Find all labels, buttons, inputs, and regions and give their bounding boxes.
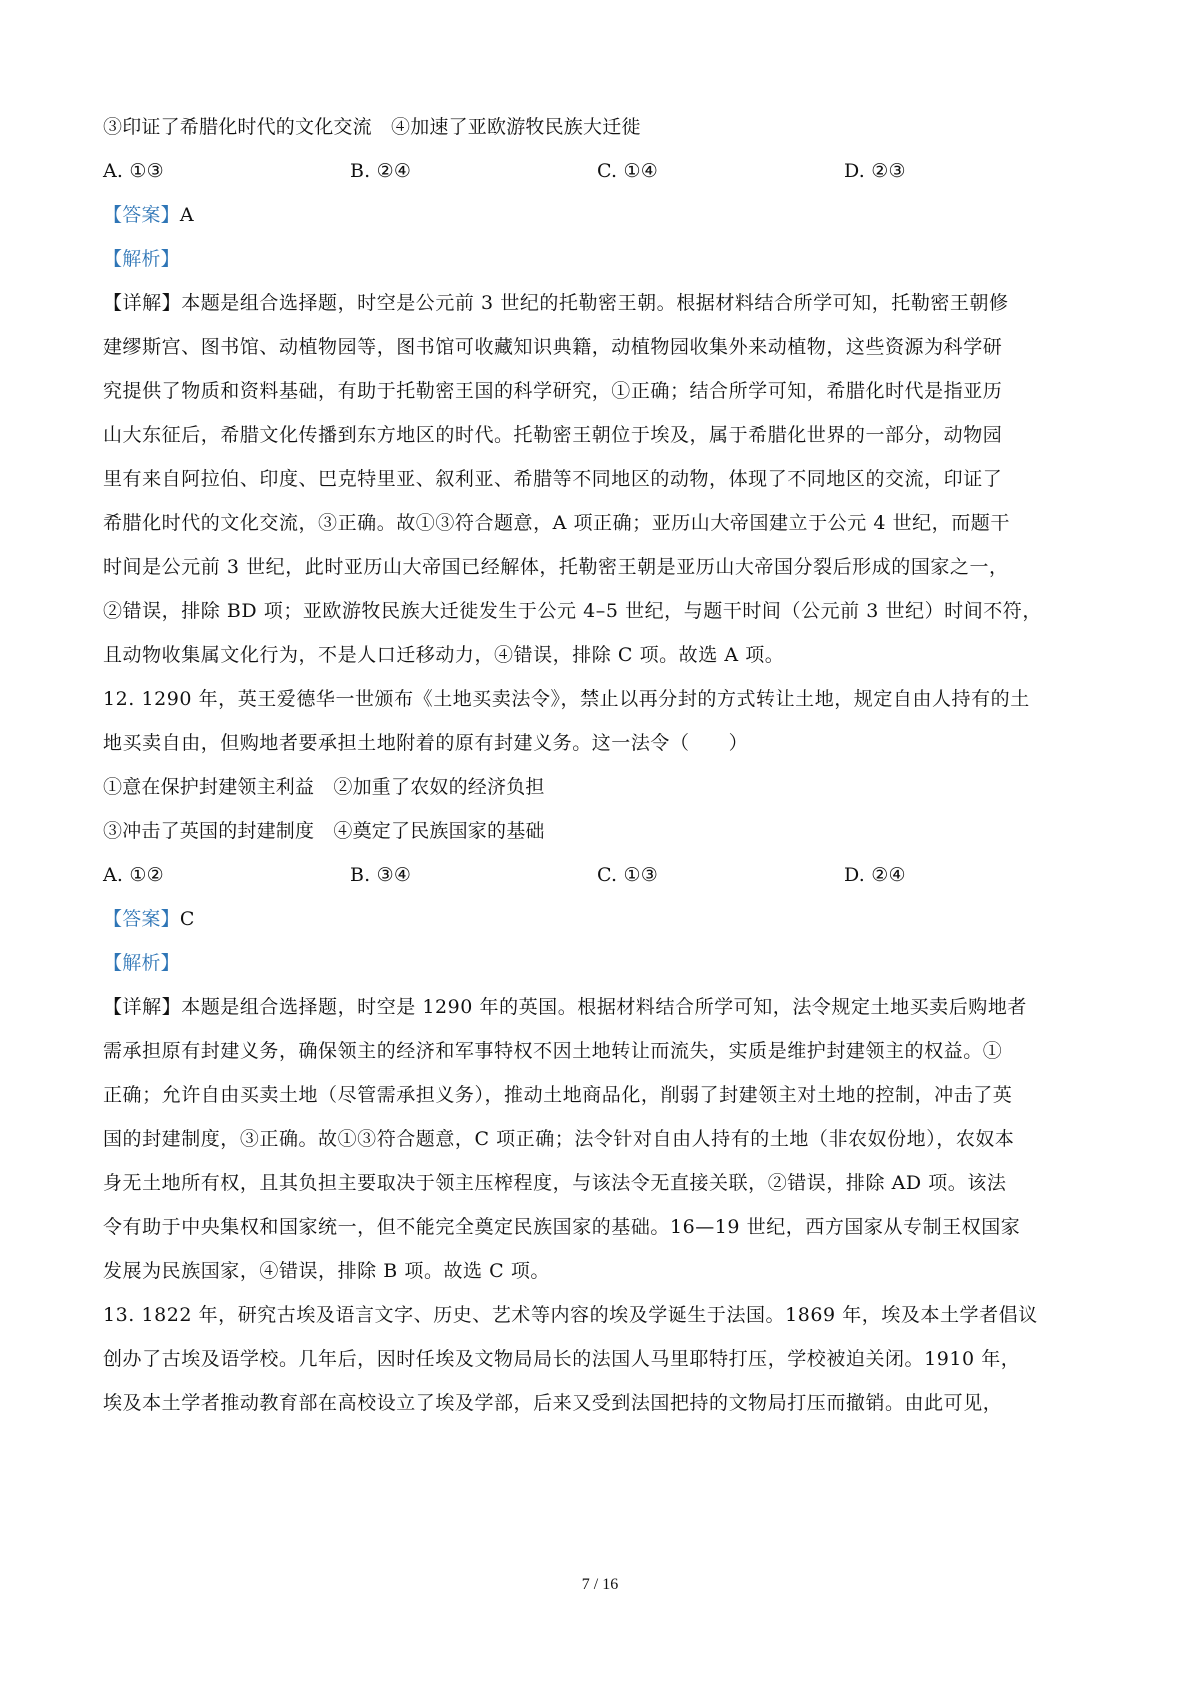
q12-options: A. ①② B. ③④ C. ①③ D. ②④ — [103, 853, 1103, 897]
q11-option-c: C. ①④ — [597, 149, 844, 193]
q12-option-c: C. ①③ — [597, 853, 844, 897]
q11-option-b: B. ②④ — [350, 149, 597, 193]
q12-detail-line: 需承担原有封建义务，确保领主的经济和军事特权不因土地转让而流失，实质是维护封建领… — [103, 1029, 1103, 1073]
page-number: 7 / 16 — [0, 1576, 1200, 1594]
q11-detail-line: 且动物收集属文化行为，不是人口迁移动力，④错误，排除 C 项。故选 A 项。 — [103, 633, 1103, 677]
q12-stem-line: 地买卖自由，但购地者要承担土地附着的原有封建义务。这一法令（ ） — [103, 721, 1103, 765]
q11-analysis-label: 【解析】 — [103, 237, 1103, 281]
q13-stem-line: 创办了古埃及语学校。几年后，因时任埃及文物局局长的法国人马里耶特打压，学校被迫关… — [103, 1337, 1103, 1381]
q12-option-b: B. ③④ — [350, 853, 597, 897]
q11-detail-line: 究提供了物质和资料基础，有助于托勒密王国的科学研究，①正确；结合所学可知，希腊化… — [103, 369, 1103, 413]
q12-statement: ①意在保护封建领主利益 ②加重了农奴的经济负担 — [103, 765, 1103, 809]
answer-label: 【答案】 — [103, 908, 180, 930]
q13-stem-line: 13. 1822 年，研究古埃及语言文字、历史、艺术等内容的埃及学诞生于法国。1… — [103, 1293, 1103, 1337]
q11-detail-line: 山大东征后，希腊文化传播到东方地区的时代。托勒密王朝位于埃及，属于希腊化世界的一… — [103, 413, 1103, 457]
q11-answer: 【答案】A — [103, 193, 1103, 237]
q13-stem-line: 埃及本土学者推动教育部在高校设立了埃及学部，后来又受到法国把持的文物局打压而撤销… — [103, 1381, 1103, 1425]
q12-detail-line: 身无土地所有权，且其负担主要取决于领主压榨程度，与该法令无直接关联，②错误，排除… — [103, 1161, 1103, 1205]
q12-stem-line: 12. 1290 年，英王爱德华一世颁布《土地买卖法令》，禁止以再分封的方式转让… — [103, 677, 1103, 721]
q11-detail-line: 希腊化时代的文化交流，③正确。故①③符合题意，A 项正确；亚历山大帝国建立于公元… — [103, 501, 1103, 545]
document-page: ③印证了希腊化时代的文化交流 ④加速了亚欧游牧民族大迁徙 A. ①③ B. ②④… — [103, 105, 1103, 1425]
q12-detail-line: 国的封建制度，③正确。故①③符合题意，C 项正确；法令针对自由人持有的土地（非农… — [103, 1117, 1103, 1161]
q11-detail-line: ②错误，排除 BD 项；亚欧游牧民族大迁徙发生于公元 4–5 世纪，与题干时间（… — [103, 589, 1103, 633]
q11-statements-line: ③印证了希腊化时代的文化交流 ④加速了亚欧游牧民族大迁徙 — [103, 105, 1103, 149]
answer-label: 【答案】 — [103, 204, 180, 226]
q11-detail-line: 里有来自阿拉伯、印度、巴克特里亚、叙利亚、希腊等不同地区的动物，体现了不同地区的… — [103, 457, 1103, 501]
q12-option-a: A. ①② — [103, 853, 350, 897]
q12-statement: ③冲击了英国的封建制度 ④奠定了民族国家的基础 — [103, 809, 1103, 853]
q12-detail-line: 【详解】本题是组合选择题，时空是 1290 年的英国。根据材料结合所学可知，法令… — [103, 985, 1103, 1029]
answer-value: A — [180, 204, 194, 226]
q11-detail-line: 【详解】本题是组合选择题，时空是公元前 3 世纪的托勒密王朝。根据材料结合所学可… — [103, 281, 1103, 325]
answer-value: C — [180, 908, 195, 930]
q11-option-a: A. ①③ — [103, 149, 350, 193]
q12-answer: 【答案】C — [103, 897, 1103, 941]
q12-option-d: D. ②④ — [844, 853, 1091, 897]
q11-options: A. ①③ B. ②④ C. ①④ D. ②③ — [103, 149, 1103, 193]
q12-analysis-label: 【解析】 — [103, 941, 1103, 985]
q11-option-d: D. ②③ — [844, 149, 1091, 193]
q12-detail-line: 令有助于中央集权和国家统一，但不能完全奠定民族国家的基础。16—19 世纪，西方… — [103, 1205, 1103, 1249]
q11-detail-line: 建缪斯宫、图书馆、动植物园等，图书馆可收藏知识典籍，动植物园收集外来动植物，这些… — [103, 325, 1103, 369]
q12-detail-line: 发展为民族国家，④错误，排除 B 项。故选 C 项。 — [103, 1249, 1103, 1293]
q12-detail-line: 正确；允许自由买卖土地（尽管需承担义务），推动土地商品化，削弱了封建领主对土地的… — [103, 1073, 1103, 1117]
q11-detail-line: 时间是公元前 3 世纪，此时亚历山大帝国已经解体，托勒密王朝是亚历山大帝国分裂后… — [103, 545, 1103, 589]
